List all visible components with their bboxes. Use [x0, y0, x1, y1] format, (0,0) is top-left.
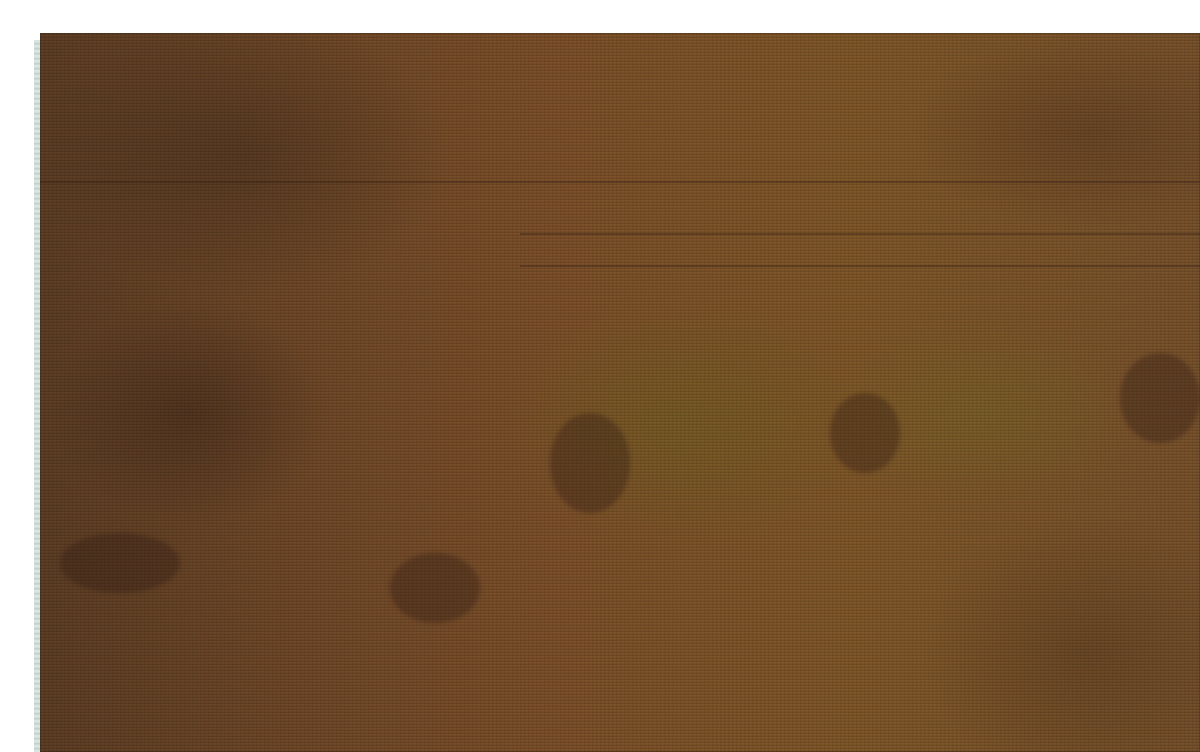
floral-motif	[830, 393, 900, 473]
border-line	[40, 181, 1200, 183]
floral-motif	[550, 413, 630, 513]
floral-motif	[390, 553, 480, 623]
floral-motif	[60, 533, 180, 593]
border-line	[520, 233, 1200, 235]
rug	[40, 33, 1200, 752]
floral-motif	[1120, 353, 1200, 443]
border-line	[520, 265, 1200, 267]
